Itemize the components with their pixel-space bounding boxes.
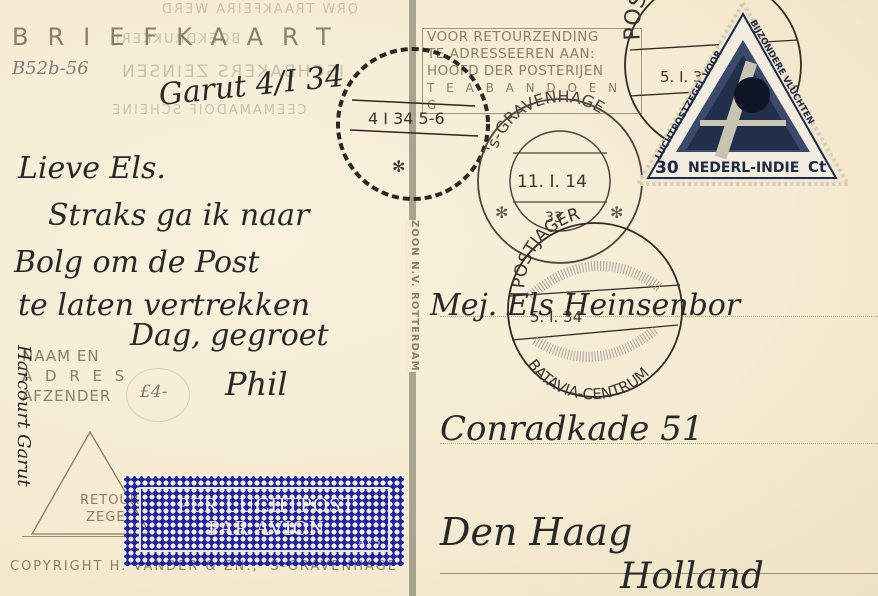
svg-text:Den Haag: Den Haag — [439, 510, 632, 554]
svg-text:Mej. Els Heinsenbor: Mej. Els Heinsenbor — [429, 288, 742, 323]
svg-text:Garut 4/I 34: Garut 4/I 34 — [157, 59, 345, 113]
svg-text:Dag, gegroet: Dag, gegroet — [129, 318, 330, 353]
svg-text:Holland: Holland — [619, 556, 764, 596]
svg-text:Harcourt Garut: Harcourt Garut — [13, 344, 34, 487]
svg-text:Bolg om de Post: Bolg om de Post — [13, 245, 260, 280]
svg-text:Straks ga ik naar: Straks ga ik naar — [48, 198, 311, 233]
handwriting-layer: Garut 4/I 34 Lieve Els. Straks ga ik naa… — [0, 0, 878, 596]
svg-text:Phil: Phil — [224, 365, 288, 403]
svg-text:Conradkade 51: Conradkade 51 — [440, 409, 704, 449]
svg-text:Lieve Els.: Lieve Els. — [17, 151, 166, 186]
postcard: QRW TRAAKFEIRA WERD BOEKDRUKKERIJ ISCHBA… — [0, 0, 878, 596]
